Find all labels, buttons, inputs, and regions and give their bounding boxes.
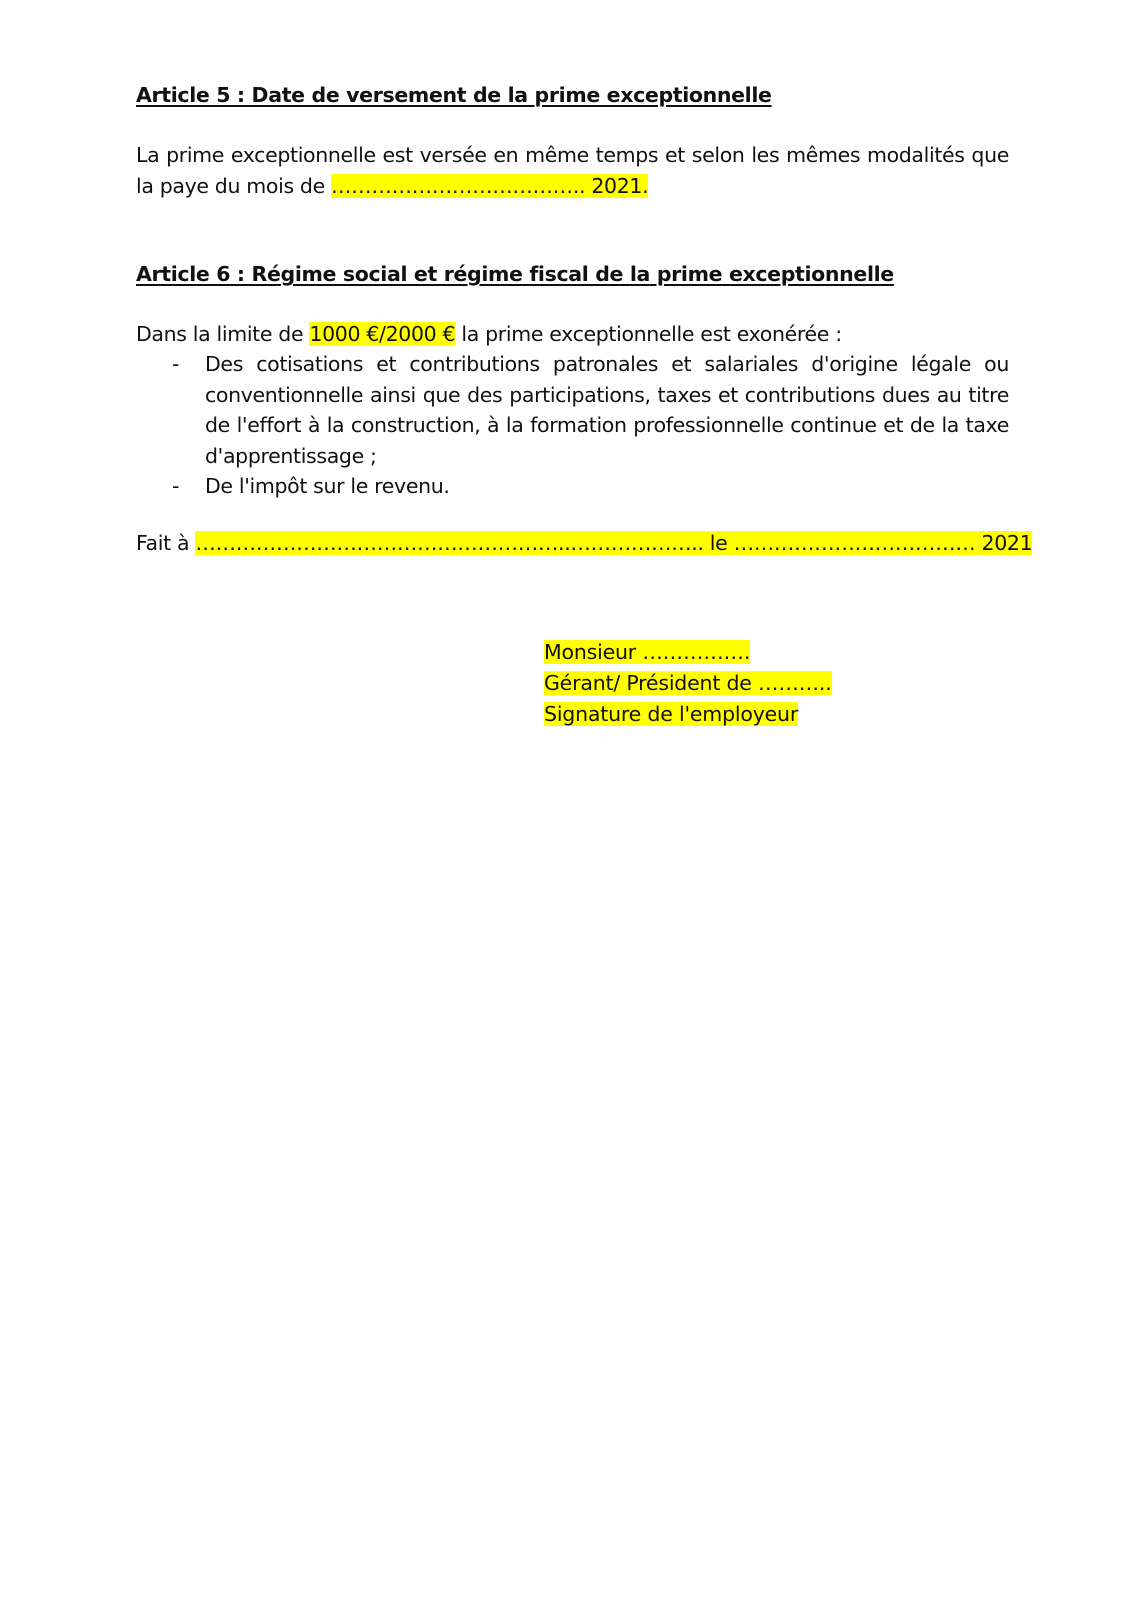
list-bullet: - xyxy=(172,349,179,380)
signature-block: Monsieur ……………. Gérant/ Président de ………… xyxy=(544,637,832,730)
article-6-intro-after: la prime exceptionnelle est exonérée : xyxy=(455,322,842,346)
signatory-title-field[interactable]: Gérant/ Président de ……….. xyxy=(544,671,832,695)
list-item-text: De l'impôt sur le revenu. xyxy=(205,474,450,498)
exemption-limit-field[interactable]: 1000 €/2000 € xyxy=(309,322,455,346)
document-page: Article 5 : Date de versement de la prim… xyxy=(0,0,1140,1612)
article-5-heading: Article 5 : Date de versement de la prim… xyxy=(136,80,1009,111)
article-5-paragraph: La prime exceptionnelle est versée en mê… xyxy=(136,140,1009,201)
signatory-name-field[interactable]: Monsieur ……………. xyxy=(544,640,750,664)
fait-a-label: Fait à xyxy=(136,531,195,555)
list-item: - Des cotisations et contributions patro… xyxy=(136,349,1009,471)
exemption-list: - Des cotisations et contributions patro… xyxy=(136,349,1009,502)
fait-a-line: Fait à ………………………………………………..……………….. le …… xyxy=(136,528,1009,559)
article-6-intro: Dans la limite de 1000 €/2000 € la prime… xyxy=(136,319,1009,350)
article-6-heading: Article 6 : Régime social et régime fisc… xyxy=(136,259,1009,290)
list-item: - De l'impôt sur le revenu. xyxy=(136,471,1009,502)
place-date-field[interactable]: ………………………………………………..……………….. le ……………………… xyxy=(195,531,1032,555)
employer-signature-field[interactable]: Signature de l'employeur xyxy=(544,702,798,726)
list-bullet: - xyxy=(172,471,179,502)
list-item-text: Des cotisations et contributions patrona… xyxy=(205,352,1009,468)
payment-month-field[interactable]: ……………………………….. 2021. xyxy=(331,174,648,198)
article-6-intro-before: Dans la limite de xyxy=(136,322,309,346)
